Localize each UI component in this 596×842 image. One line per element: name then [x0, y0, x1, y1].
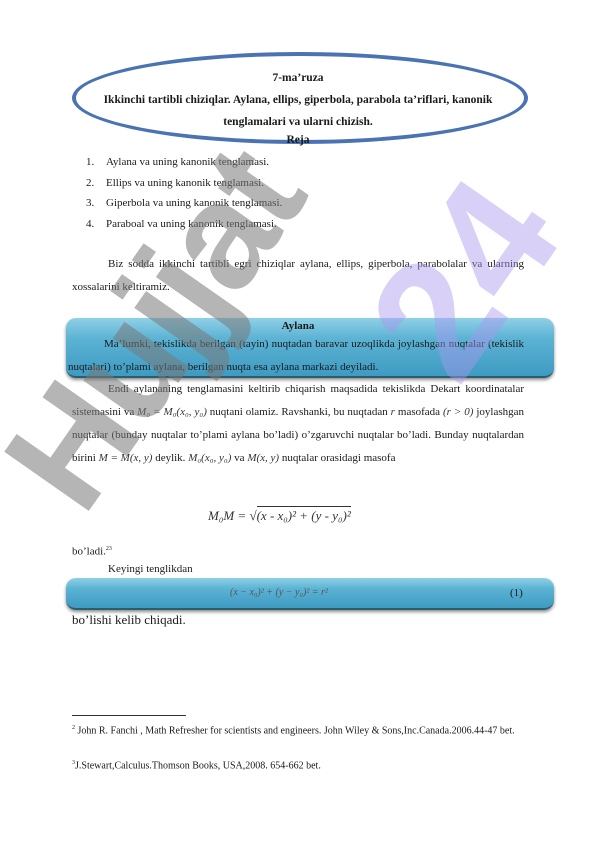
distance-formula: M₀M = √(x - x₀)² + (y - y₀)²: [208, 508, 351, 524]
lecture-title-line2: tenglamalari va ularni chizish.: [0, 116, 596, 128]
plan-item: 2.Ellips va uning kanonik tenglamasi.: [86, 173, 282, 194]
plan-list: 1.Aylana va uning kanonik tenglamasi. 2.…: [86, 152, 282, 234]
intro-paragraph: Biz sodda ikkinchi tartibli egri chiziql…: [72, 253, 524, 299]
lecture-number: 7-ma’ruza: [0, 72, 596, 84]
sqrt-icon: √: [249, 508, 256, 523]
plan-heading: Reja: [0, 134, 596, 146]
conclusion-line: bo’lishi kelib chiqadi.: [72, 612, 186, 628]
lecture-title-line1: Ikkinchi tartibli chiziqlar. Aylana, ell…: [0, 94, 596, 106]
circle-equation: (x − x₀)² + (y − y₀)² = r²: [230, 587, 328, 598]
footnote-3: 3J.Stewart,Calculus.Thomson Books, USA,2…: [72, 757, 524, 772]
plan-item: 4.Paraboal va uning kanonik tenglamasi.: [86, 214, 282, 235]
footnote-2: 2 John R. Fanchi , Math Refresher for sc…: [72, 722, 524, 737]
section-heading-aylana: Aylana: [0, 320, 596, 332]
footnote-ref[interactable]: 23: [106, 546, 112, 552]
plan-item: 3.Giperbola va uning kanonik tenglamasi.: [86, 193, 282, 214]
equation-number: (1): [510, 587, 523, 599]
math-m0-point: M₀ = M₀(x₀, y₀): [137, 406, 207, 418]
plan-item: 1.Aylana va uning kanonik tenglamasi.: [86, 152, 282, 173]
document-page: 7-ma’ruza Ikkinchi tartibli chiziqlar. A…: [0, 0, 596, 842]
definition-text: Ma’lumki, tekislikda berilgan (tayin) nu…: [68, 333, 524, 379]
footnote-separator: [72, 715, 186, 716]
derivation-paragraph: Endi aylananing tenglamasini keltirib ch…: [72, 378, 524, 470]
